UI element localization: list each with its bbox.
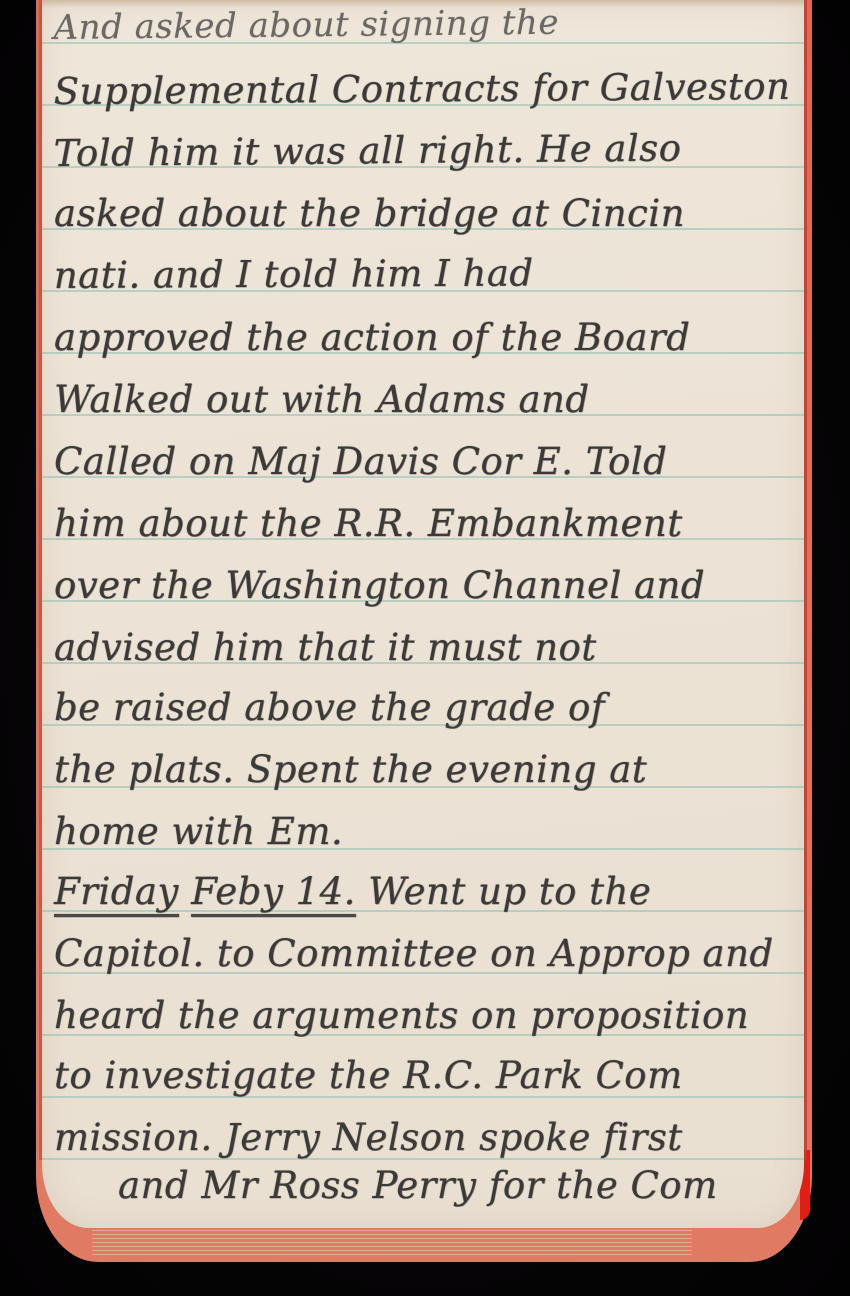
page-right-rim bbox=[804, 0, 807, 1160]
text-line-1: And asked about signing the bbox=[53, 3, 559, 70]
text-line-10: over the Washington Channel and bbox=[54, 564, 705, 626]
text-line-20: and Mr Ross Perry for the Com bbox=[118, 1164, 718, 1226]
text-line-3: Told him it was all right. He also bbox=[53, 127, 681, 194]
notebook-page: And asked about signing the Supplemental… bbox=[42, 0, 804, 1228]
text-line-2: Supplemental Contracts for Galveston bbox=[54, 65, 791, 132]
text-line-17: heard the arguments on proposition bbox=[54, 994, 749, 1056]
text-line-11: advised him that it must not bbox=[54, 626, 597, 688]
date-heading-day: Friday bbox=[54, 870, 179, 913]
date-heading-date: Feby 14. bbox=[191, 870, 356, 913]
text-line-7: Walked out with Adams and bbox=[54, 378, 590, 440]
photo-stage: And asked about signing the Supplemental… bbox=[0, 0, 850, 1296]
text-line-4: asked about the bridge at Cincin bbox=[54, 192, 685, 254]
text-line-18: to investigate the R.C. Park Com bbox=[54, 1054, 683, 1116]
page-edge-stripes bbox=[92, 1226, 692, 1258]
text-line-8: Called on Maj Davis Cor E. Told bbox=[54, 440, 667, 502]
text-line-15: Friday Feby 14. Went up to the bbox=[54, 870, 651, 932]
text-line-12: be raised above the grade of bbox=[54, 686, 605, 748]
text-line-14: home with Em. bbox=[54, 810, 343, 872]
text-line-16: Capitol. to Committee on Approp and bbox=[54, 932, 774, 994]
text-line-9: him about the R.R. Embankment bbox=[54, 502, 683, 564]
date-line-rest: Went up to the bbox=[368, 870, 651, 913]
text-line-13: the plats. Spent the evening at bbox=[54, 748, 647, 810]
text-line-6: approved the action of the Board bbox=[54, 316, 690, 378]
text-line-5: nati. and I told him I had bbox=[54, 251, 534, 316]
